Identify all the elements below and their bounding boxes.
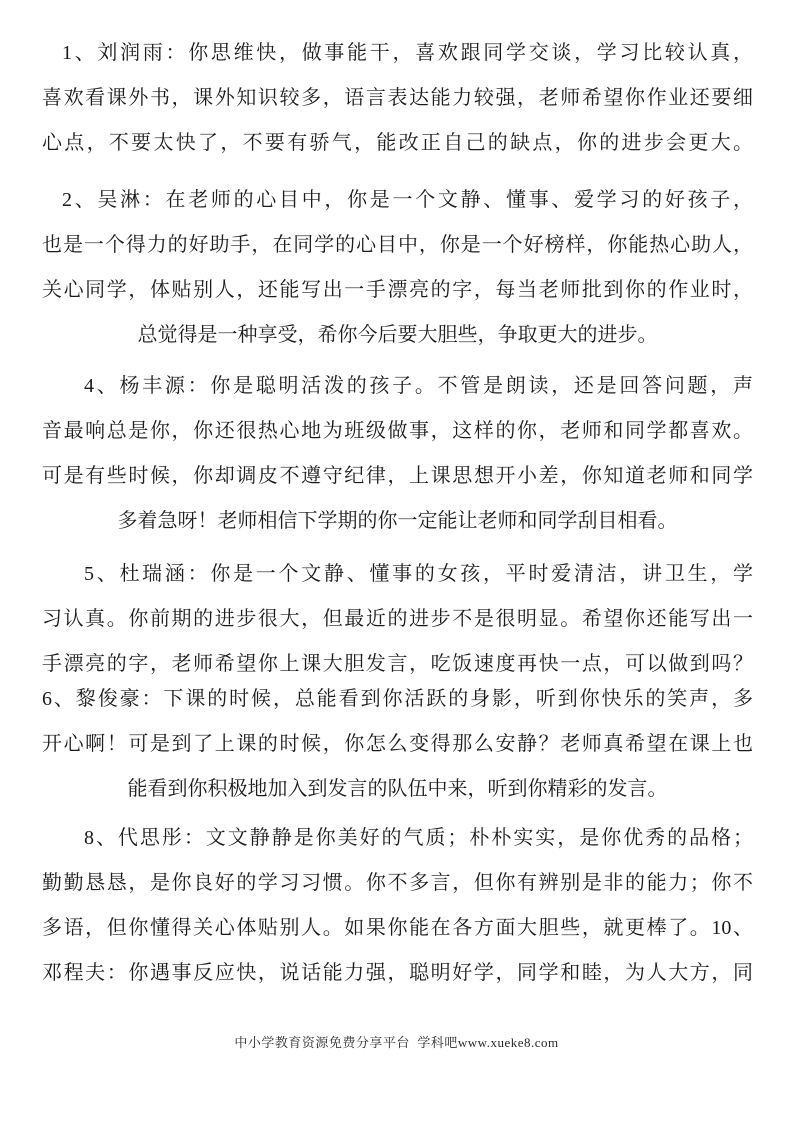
- text-line: 勤勤恳恳，是你良好的学习习惯。你不多言，但你有辨别是非的能力；你不: [42, 861, 753, 906]
- text-line: 多语，但你懂得关心体贴别人。如果你能在各方面大胆些，就更棒了。10、: [42, 906, 753, 951]
- paragraph-comment-2: 2、吴淋：在老师的心目中，你是一个文静、懂事、爱学习的好孩子，也是一个得力的好助…: [42, 178, 753, 358]
- text-line: 关心同学，体贴别人，还能写出一手漂亮的字，每当老师批到你的作业时，: [42, 268, 753, 313]
- text-line: 喜欢看课外书，课外知识较多，语言表达能力较强，老师希望你作业还要细: [42, 76, 753, 121]
- paragraph-comment-4: 4、杨丰源：你是聪明活泼的孩子。不管是朗读，还是回答问题，声音最响总是你，你还很…: [42, 364, 753, 544]
- text-line: 6、黎俊豪：下课的时候，总能看到你活跃的身影，听到你快乐的笑声，多: [42, 677, 753, 722]
- text-line: 心点，不要太快了，不要有骄气，能改正自己的缺点，你的进步会更大。: [42, 121, 753, 166]
- text-line: 8、代思彤：文文静静是你美好的气质；朴朴实实，是你优秀的品格；: [42, 816, 753, 861]
- paragraph-comment-5: 5、杜瑞涵：你是一个文静、懂事的女孩，平时爱清洁，讲卫生，学习认真。你前期的进步…: [42, 552, 753, 687]
- text-line: 可是有些时候，你却调皮不遵守纪律，上课思想开小差，你知道老师和同学: [42, 454, 753, 499]
- text-line: 总觉得是一种享受，希你今后要大胆些，争取更大的进步。: [42, 313, 753, 358]
- text-line: 4、杨丰源：你是聪明活泼的孩子。不管是朗读，还是回答问题，声: [42, 364, 753, 409]
- footer-watermark: 中小学教育资源免费分享平台 学科吧www.xueke8.com: [0, 1034, 793, 1052]
- text-line: 多着急呀！老师相信下学期的你一定能让老师和同学刮目相看。: [42, 499, 753, 544]
- text-line: 邓程夫：你遇事反应快，说话能力强，聪明好学，同学和睦，为人大方，同: [42, 951, 753, 996]
- text-line: 5、杜瑞涵：你是一个文静、懂事的女孩，平时爱清洁，讲卫生，学: [42, 552, 753, 597]
- paragraph-comment-6: 6、黎俊豪：下课的时候，总能看到你活跃的身影，听到你快乐的笑声，多开心啊！可是到…: [42, 677, 753, 812]
- paragraph-comment-1: 1、刘润雨：你思维快，做事能干，喜欢跟同学交谈，学习比较认真，喜欢看课外书，课外…: [42, 31, 753, 166]
- text-line: 能看到你积极地加入到发言的队伍中来，听到你精彩的发言。: [42, 767, 753, 812]
- text-line: 2、吴淋：在老师的心目中，你是一个文静、懂事、爱学习的好孩子，: [42, 178, 753, 223]
- text-line: 也是一个得力的好助手，在同学的心目中，你是一个好榜样，你能热心助人，: [42, 223, 753, 268]
- text-line: 习认真。你前期的进步很大，但最近的进步不是很明显。希望你还能写出一: [42, 597, 753, 642]
- text-line: 音最响总是你，你还很热心地为班级做事，这样的你，老师和同学都喜欢。: [42, 409, 753, 454]
- text-line: 开心啊！可是到了上课的时候，你怎么变得那么安静？老师真希望在课上也: [42, 722, 753, 767]
- document-content: 1、刘润雨：你思维快，做事能干，喜欢跟同学交谈，学习比较认真，喜欢看课外书，课外…: [42, 31, 753, 996]
- text-line: 1、刘润雨：你思维快，做事能干，喜欢跟同学交谈，学习比较认真，: [42, 31, 753, 76]
- paragraph-comment-8-10: 8、代思彤：文文静静是你美好的气质；朴朴实实，是你优秀的品格；勤勤恳恳，是你良好…: [42, 816, 753, 996]
- document-page: 1、刘润雨：你思维快，做事能干，喜欢跟同学交谈，学习比较认真，喜欢看课外书，课外…: [0, 0, 793, 1122]
